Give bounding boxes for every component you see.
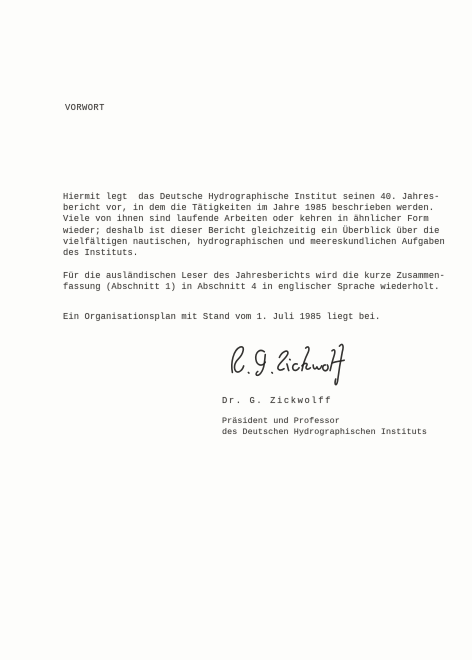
text-line: Für die ausländischen Leser des Jahresbe… (63, 271, 445, 282)
signature-icon (223, 336, 347, 392)
signatory-role-line-1: Präsident und Professor (222, 416, 340, 427)
page-title: VORWORT (65, 103, 105, 114)
text-line: Ein Organisationsplan mit Stand vom 1. J… (63, 312, 380, 323)
document-page: VORWORT Hiermit legt das Deutsche Hydrog… (0, 0, 472, 660)
text-line: des Instituts. (63, 248, 138, 259)
text-line: bericht vor, in dem die Tätigkeiten im J… (63, 203, 434, 214)
signatory-role-line-2: des Deutschen Hydrographischen Instituts (222, 427, 427, 438)
text-line: Viele von ihnen sind laufende Arbeiten o… (63, 214, 429, 225)
text-line: Hiermit legt das Deutsche Hydrographisch… (63, 192, 440, 203)
text-line: vielfältigen nautischen, hydrographische… (63, 237, 445, 248)
text-line: wieder; deshalb ist dieser Bericht gleic… (63, 226, 440, 237)
text-line: fassung (Abschnitt 1) in Abschnitt 4 in … (63, 282, 440, 293)
signatory-name: Dr. G. Zickwolff (222, 396, 332, 407)
